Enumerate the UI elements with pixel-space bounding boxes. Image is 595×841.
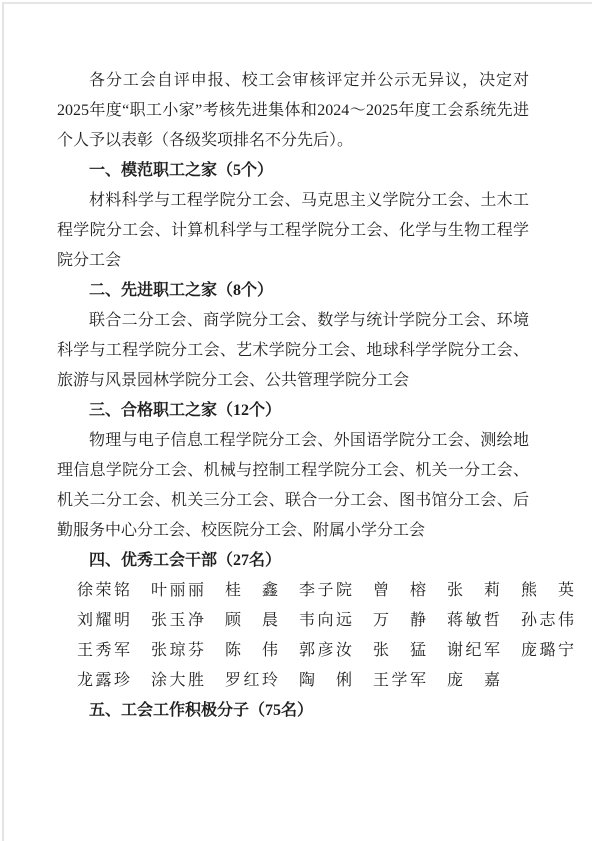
document-page: 各分工会自评申报、校工会审核评定并公示无异议，决定对2025年度“职工小家”考核…	[0, 0, 595, 841]
section-3-heading: 三、合格职工之家（12个）	[57, 396, 529, 426]
section-2-body: 联合二分工会、商学院分工会、数学与统计学院分工会、环境科学与工程学院分工会、艺术…	[57, 306, 529, 396]
document-content: 各分工会自评申报、校工会审核评定并公示无异议，决定对2025年度“职工小家”考核…	[57, 66, 529, 726]
page-edge-left	[2, 2, 4, 841]
section-2-heading: 二、先进职工之家（8个）	[57, 276, 529, 306]
section-3-body: 物理与电子信息工程学院分工会、外国语学院分工会、测绘地理信息学院分工会、机械与控…	[57, 426, 529, 546]
name-row-3: 王秀军 张琼芬 陈 伟 郭彦汝 张 猛 谢纪军 庞璐宁	[57, 636, 529, 666]
page-edge-top	[2, 2, 592, 4]
intro-paragraph: 各分工会自评申报、校工会审核评定并公示无异议，决定对2025年度“职工小家”考核…	[57, 66, 529, 156]
section-5-heading: 五、工会工作积极分子（75名）	[57, 696, 529, 726]
name-row-2: 刘耀明 张玉净 顾 晨 韦向远 万 静 蒋敏哲 孙志伟	[57, 606, 529, 636]
name-row-4: 龙露珍 涂大胜 罗红玲 陶 俐 王学军 庞 嘉	[57, 666, 529, 696]
section-4-heading: 四、优秀工会干部（27名）	[57, 546, 529, 576]
section-1-body: 材料科学与工程学院分工会、马克思主义学院分工会、土木工程学院分工会、计算机科学与…	[57, 186, 529, 276]
name-row-1: 徐荣铭 叶丽丽 桂 鑫 李子院 曾 榕 张 莉 熊 英	[57, 576, 529, 606]
section-1-heading: 一、模范职工之家（5个）	[57, 156, 529, 186]
